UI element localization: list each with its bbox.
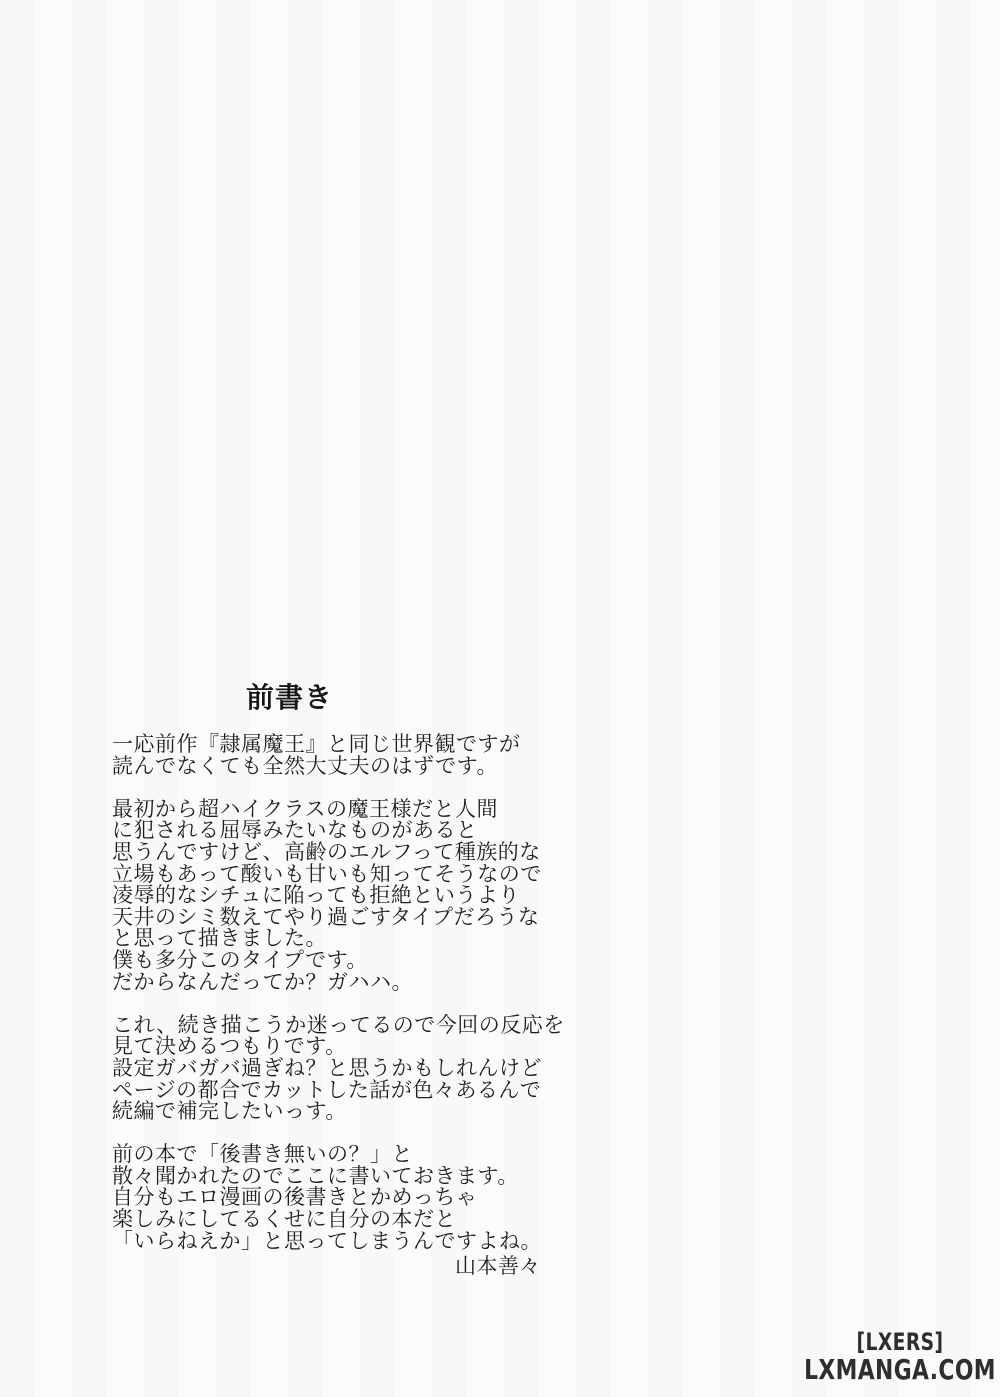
watermark-group-name: [LXERS] [804, 1330, 996, 1355]
author-signature: 山本善々 [455, 1256, 712, 1278]
paragraph-intro: 一応前作『隷属魔王』と同じ世界観ですが 読んでなくても全然大丈夫のはずです。 [112, 734, 712, 777]
watermark-site-url: LXMANGA.COM [804, 1355, 996, 1384]
paragraph-concept: 最初から超ハイクラスの魔王様だと人間 に犯される屈辱みたいなものがあると 思うん… [112, 799, 712, 993]
paragraph-sequel: これ、続き描こうか迷ってるので今回の反応を 見て決めるつもりです。 設定ガバガバ… [112, 1015, 712, 1123]
site-watermark: [LXERS] LXMANGA.COM [804, 1330, 996, 1384]
scanned-afterword-page: 前書き 一応前作『隷属魔王』と同じ世界観ですが 読んでなくても全然大丈夫のはずで… [0, 0, 1000, 1397]
afterword-text-block: 一応前作『隷属魔王』と同じ世界観ですが 読んでなくても全然大丈夫のはずです。 最… [112, 734, 712, 1278]
paragraph-afterword-note: 前の本で「後書き無いの？」と 散々聞かれたのでここに書いておきます。 自分もエロ… [112, 1144, 712, 1252]
page-title: 前書き [246, 680, 333, 716]
